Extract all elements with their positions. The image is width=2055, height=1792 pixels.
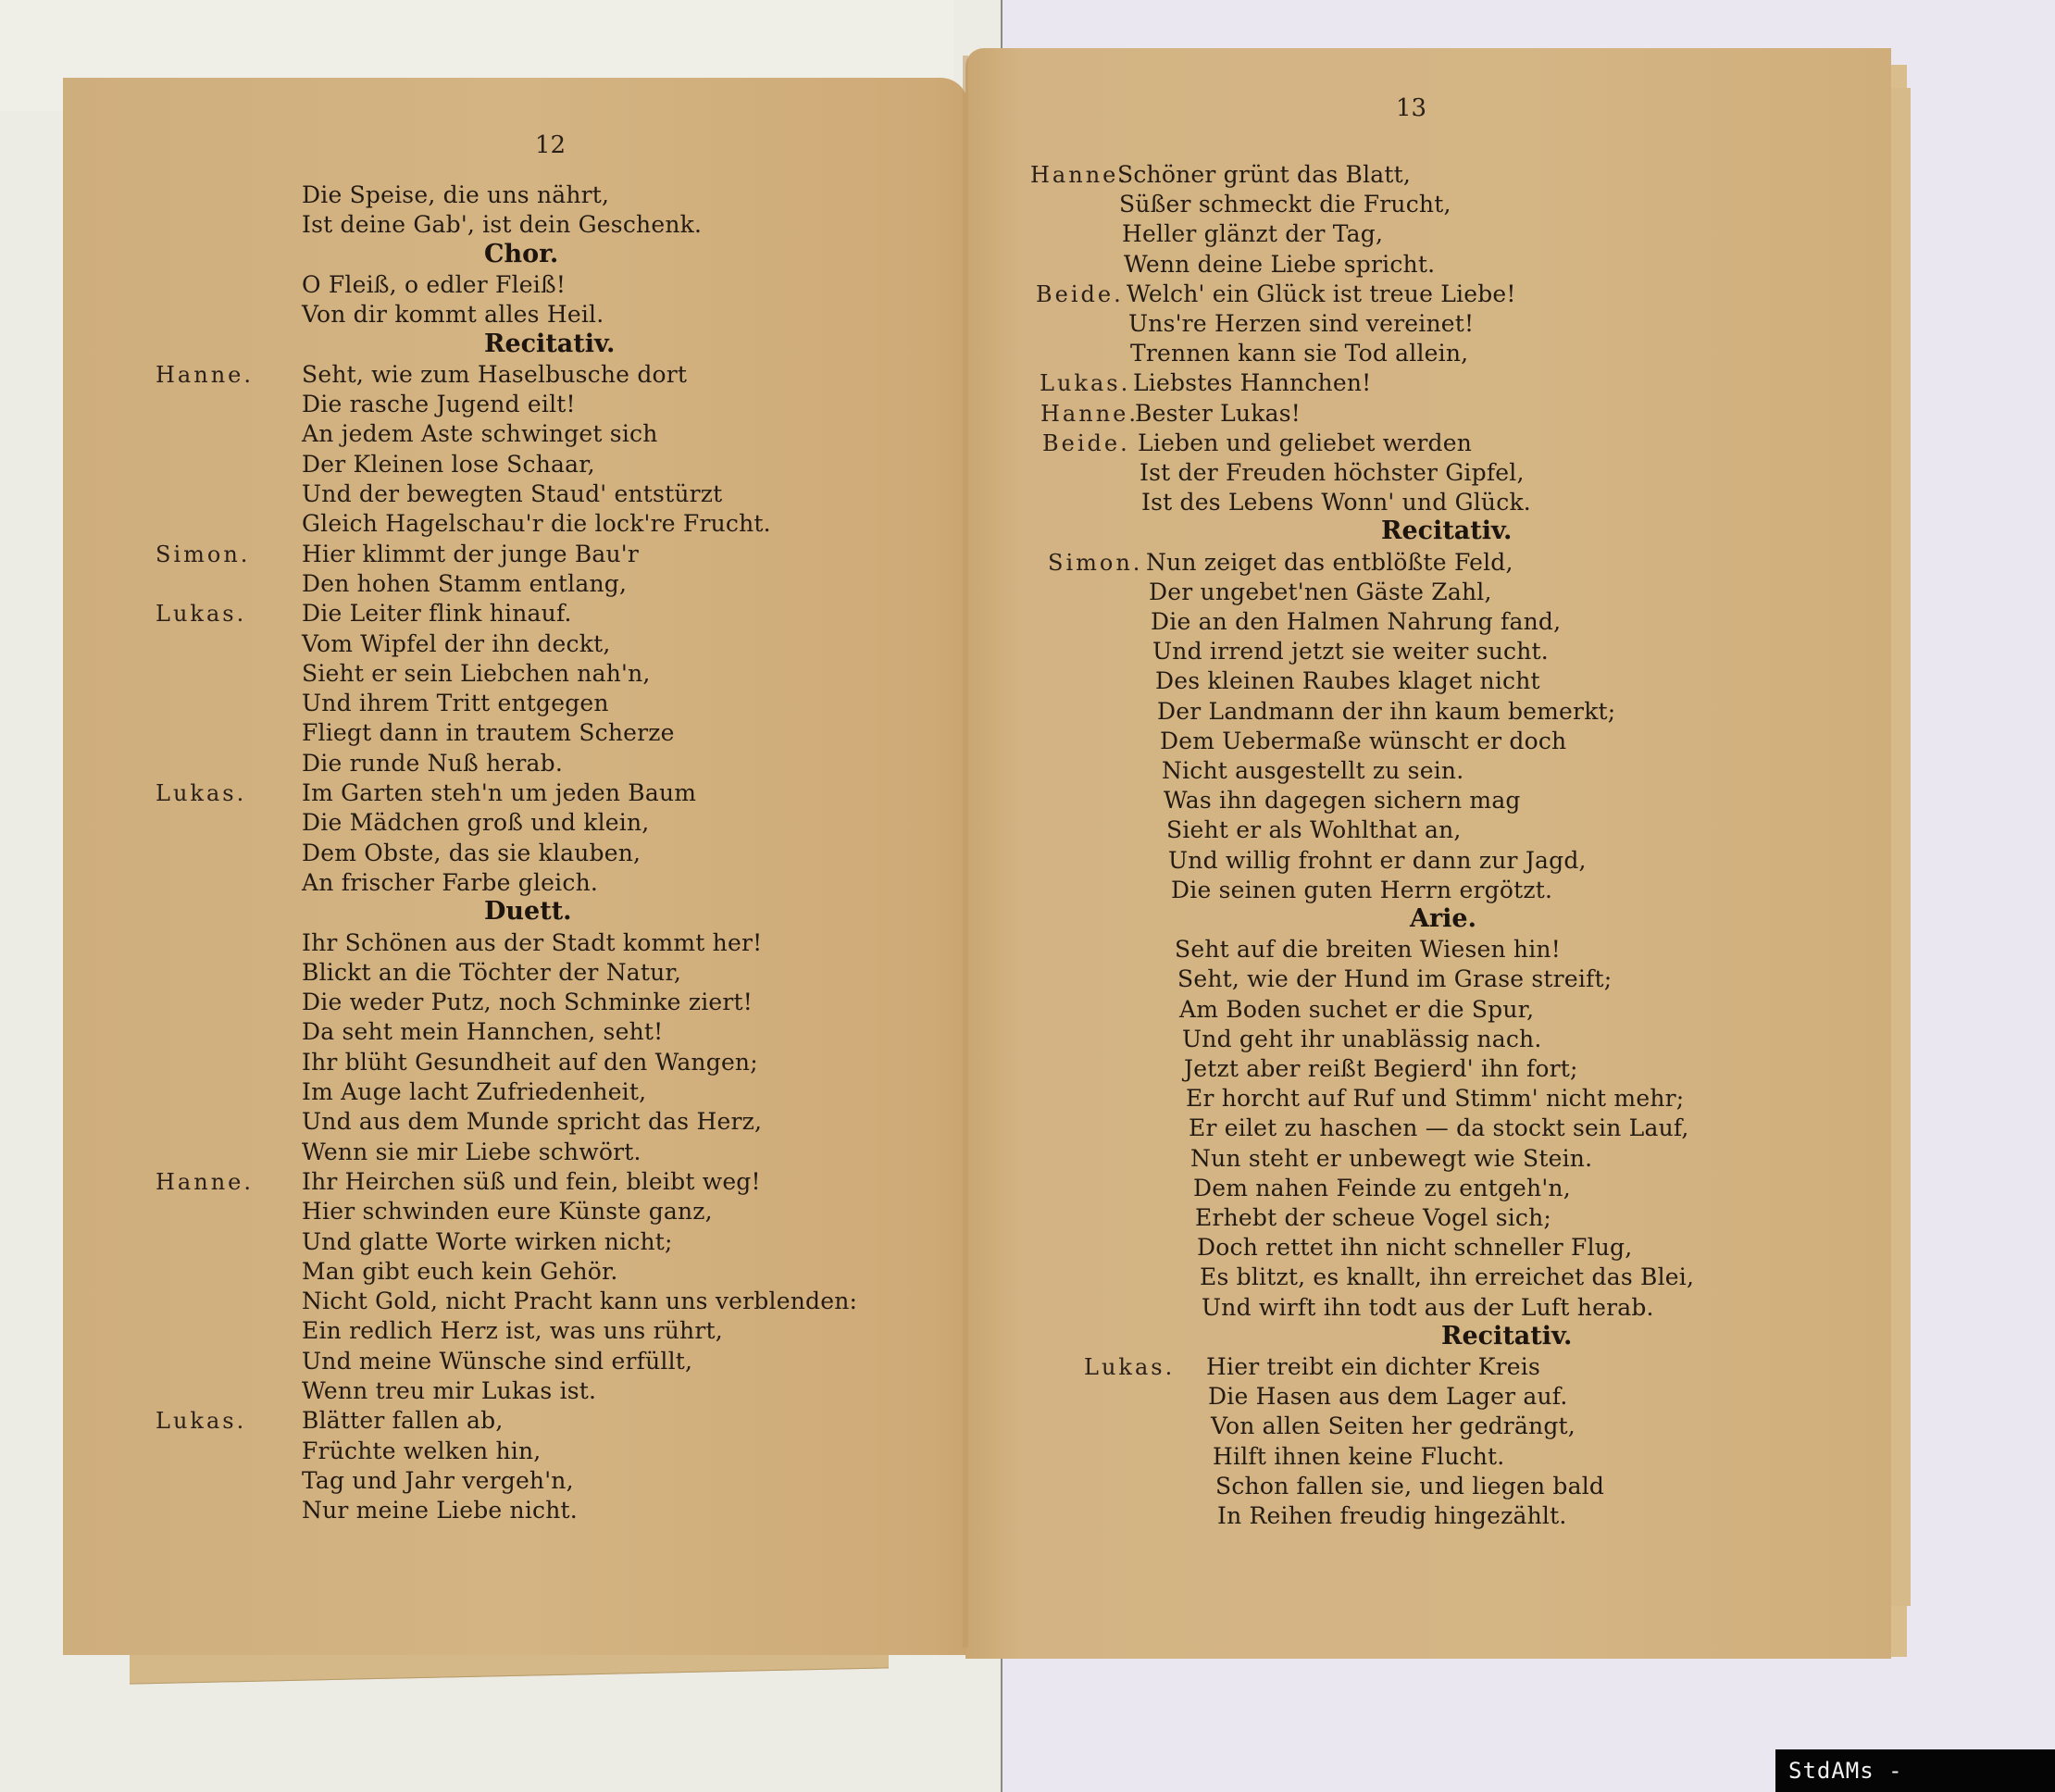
- verse-line: Tag und Jahr vergeh'n,: [302, 1467, 574, 1494]
- verse-line: Lieben und geliebet werden: [1138, 429, 1472, 456]
- verse-line: Ihr Heirchen süß und fein, bleibt weg!: [302, 1168, 761, 1195]
- verse-line: Sieht er als Wohlthat an,: [1166, 816, 1462, 843]
- verse-line: Nun steht er unbewegt wie Stein.: [1190, 1145, 1592, 1172]
- left-page: 12 Die Speise, die uns nährt,Ist deine G…: [63, 78, 968, 1655]
- verse-line: Welch' ein Glück ist treue Liebe!: [1127, 280, 1516, 307]
- verse-line: Seht, wie zum Haselbusche dort: [302, 361, 687, 388]
- verse-line: Von allen Seiten her gedrängt,: [1211, 1412, 1575, 1439]
- verse-line: Hilft ihnen keine Flucht.: [1213, 1443, 1504, 1470]
- verse-line: Blickt an die Töchter der Natur,: [302, 959, 681, 986]
- verse-line: Hier klimmt der junge Bau'r: [302, 541, 639, 567]
- verse-line: In Reihen freudig hingezählt.: [1217, 1502, 1567, 1529]
- verse-line: Wenn treu mir Lukas ist.: [302, 1377, 596, 1404]
- verse-line: Im Auge lacht Zufriedenheit,: [302, 1078, 646, 1105]
- speaker-label: Simon.: [1048, 550, 1142, 576]
- verse-line: Die seinen guten Herrn ergötzt.: [1171, 877, 1552, 903]
- verse-line: Und irrend jetzt sie weiter sucht.: [1152, 638, 1549, 665]
- verse-line: An jedem Aste schwinget sich: [302, 420, 658, 447]
- verse-line: Bester Lukas!: [1135, 400, 1301, 427]
- verse-line: Und glatte Worte wirken nicht;: [302, 1228, 673, 1255]
- verse-line: Trennen kann sie Tod allein,: [1130, 340, 1468, 367]
- verse-line: Die runde Nuß herab.: [302, 750, 563, 777]
- speaker-label: Hanne.: [1040, 401, 1139, 427]
- verse-line: Erhebt der scheue Vogel sich;: [1195, 1204, 1551, 1231]
- verse-line: Und der bewegten Staud' entstürzt: [302, 480, 722, 507]
- verse-line: Da seht mein Hannchen, seht!: [302, 1018, 663, 1045]
- speaker-label: Simon.: [156, 541, 250, 567]
- verse-line: Blätter fallen ab,: [302, 1407, 504, 1434]
- verse-line: Ist des Lebens Wonn' und Glück.: [1141, 489, 1531, 516]
- verse-line: Dem nahen Feinde zu entgeh'n,: [1193, 1175, 1571, 1201]
- verse-line: Ihr blüht Gesundheit auf den Wangen;: [302, 1049, 758, 1076]
- verse-line: Hier treibt ein dichter Kreis: [1206, 1353, 1540, 1380]
- verse-line: Vom Wipfel der ihn deckt,: [302, 630, 611, 657]
- speaker-label: Hanne.: [156, 362, 254, 388]
- speaker-label: Lukas.: [156, 780, 246, 806]
- section-heading: Recitativ.: [1381, 516, 1512, 545]
- verse-line: Von dir kommt alles Heil.: [302, 301, 604, 328]
- verse-line: Hier schwinden eure Künste ganz,: [302, 1198, 713, 1225]
- verse-line: Seht auf die breiten Wiesen hin!: [1175, 936, 1561, 963]
- verse-line: Dem Obste, das sie klauben,: [302, 840, 641, 866]
- section-heading: Chor.: [484, 240, 558, 268]
- right-page: 13 Hanne.Schöner grünt das Blatt,Süßer s…: [965, 48, 1891, 1659]
- verse-line: Und geht ihr unablässig nach.: [1182, 1026, 1541, 1052]
- verse-line: Jetzt aber reißt Begierd' ihn fort;: [1184, 1055, 1578, 1082]
- speaker-label: Lukas.: [1040, 370, 1130, 396]
- verse-line: Im Garten steh'n um jeden Baum: [302, 779, 696, 806]
- verse-line: Die Leiter flink hinauf.: [302, 600, 572, 627]
- verse-line: Die Hasen aus dem Lager auf.: [1208, 1383, 1568, 1410]
- verse-line: Und willig frohnt er dann zur Jagd,: [1168, 847, 1587, 874]
- verse-line: Nicht Gold, nicht Pracht kann uns verble…: [302, 1288, 857, 1314]
- verse-line: Und meine Wünsche sind erfüllt,: [302, 1348, 692, 1375]
- verse-line: Fliegt dann in trautem Scherze: [302, 719, 675, 746]
- speaker-label: Beide.: [1042, 430, 1130, 456]
- verse-line: Früchte welken hin,: [302, 1437, 541, 1464]
- verse-line: Er eilet zu haschen — da stockt sein Lau…: [1189, 1114, 1689, 1141]
- verse-line: Wenn sie mir Liebe schwört.: [302, 1139, 641, 1165]
- verse-line: Der Landmann der ihn kaum bemerkt;: [1157, 698, 1615, 725]
- verse-line: Ihr Schönen aus der Stadt kommt her!: [302, 929, 762, 956]
- section-heading: Recitativ.: [1441, 1322, 1572, 1350]
- page-number: 13: [1396, 94, 1426, 122]
- page-number: 12: [535, 131, 566, 159]
- verse-line: Und wirft ihn todt aus der Luft herab.: [1202, 1294, 1654, 1321]
- verse-line: Der ungebet'nen Gäste Zahl,: [1149, 579, 1492, 605]
- speaker-label: Hanne.: [156, 1169, 254, 1195]
- verse-line: Ist der Freuden höchster Gipfel,: [1140, 459, 1525, 486]
- verse-line: Schöner grünt das Blatt,: [1117, 161, 1411, 188]
- book-spine: [963, 56, 968, 1648]
- verse-line: Schon fallen sie, und liegen bald: [1215, 1473, 1604, 1500]
- verse-line: Es blitzt, es knallt, ihn erreichet das …: [1200, 1263, 1694, 1290]
- verse-line: Sieht er sein Liebchen nah'n,: [302, 660, 651, 687]
- section-heading: Arie.: [1410, 904, 1476, 933]
- verse-line: Man gibt euch kein Gehör.: [302, 1258, 618, 1285]
- verse-line: Gleich Hagelschau'r die lock're Frucht.: [302, 510, 771, 537]
- verse-line: Der Kleinen lose Schaar,: [302, 451, 595, 478]
- verse-line: Er horcht auf Ruf und Stimm' nicht mehr;: [1186, 1085, 1684, 1112]
- verse-line: Seht, wie der Hund im Grase streift;: [1177, 965, 1612, 992]
- section-heading: Recitativ.: [484, 330, 615, 358]
- verse-line: Dem Uebermaße wünscht er doch: [1160, 728, 1566, 754]
- verse-line: Die Speise, die uns nährt,: [302, 181, 609, 208]
- verse-line: Uns're Herzen sind vereinet!: [1128, 310, 1474, 337]
- speaker-label: Lukas.: [1084, 1354, 1175, 1380]
- verse-line: Ein redlich Herz ist, was uns rührt,: [302, 1317, 723, 1344]
- verse-line: Wenn deine Liebe spricht.: [1124, 251, 1435, 278]
- verse-line: Die Mädchen groß und klein,: [302, 809, 649, 836]
- verse-line: Was ihn dagegen sichern mag: [1164, 787, 1521, 814]
- verse-line: Nur meine Liebe nicht.: [302, 1497, 578, 1524]
- verse-line: Liebstes Hannchen!: [1133, 369, 1371, 396]
- verse-line: Ist deine Gab', ist dein Geschenk.: [302, 211, 702, 238]
- verse-line: Doch rettet ihn nicht schneller Flug,: [1197, 1234, 1632, 1261]
- verse-line: Süßer schmeckt die Frucht,: [1119, 191, 1451, 218]
- speaker-label: Lukas.: [156, 1408, 246, 1434]
- section-heading: Duett.: [484, 897, 572, 926]
- verse-line: Den hohen Stamm entlang,: [302, 570, 627, 597]
- verse-line: Und ihrem Tritt entgegen: [302, 690, 609, 716]
- archive-label: StdAMs - MV_004_083: [1775, 1749, 2055, 1792]
- verse-line: Nun zeiget das entblößte Feld,: [1146, 549, 1513, 576]
- speaker-label: Beide.: [1036, 281, 1124, 307]
- verse-line: Die rasche Jugend eilt!: [302, 391, 576, 417]
- verse-line: Nicht ausgestellt zu sein.: [1162, 757, 1463, 784]
- speaker-label: Hanne.: [1030, 162, 1128, 188]
- verse-line: Und aus dem Munde spricht das Herz,: [302, 1108, 762, 1135]
- verse-line: Die an den Halmen Nahrung fand,: [1151, 608, 1561, 635]
- verse-line: An frischer Farbe gleich.: [302, 869, 598, 896]
- verse-line: O Fleiß, o edler Fleiß!: [302, 271, 566, 298]
- speaker-label: Lukas.: [156, 601, 246, 627]
- verse-line: Heller glänzt der Tag,: [1122, 220, 1383, 247]
- verse-line: Die weder Putz, noch Schminke ziert!: [302, 989, 753, 1015]
- verse-line: Am Boden suchet er die Spur,: [1179, 996, 1534, 1023]
- verse-line: Des kleinen Raubes klaget nicht: [1155, 667, 1540, 694]
